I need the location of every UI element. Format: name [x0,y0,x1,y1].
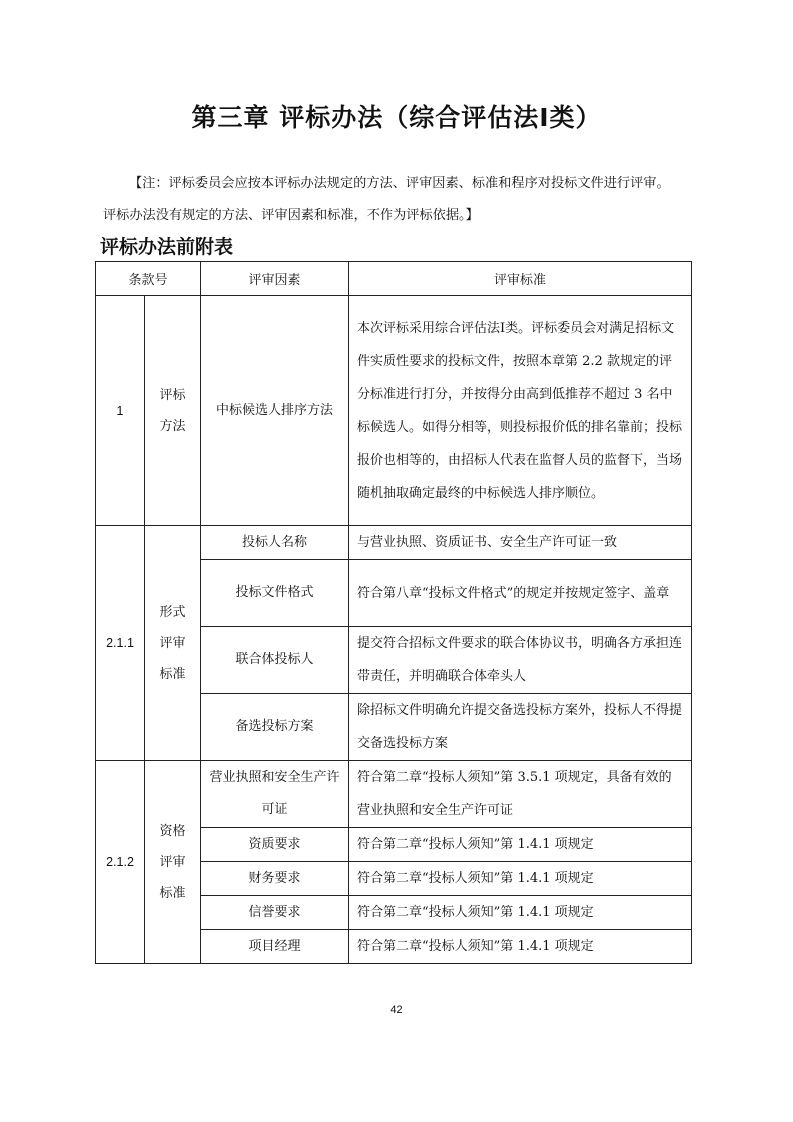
header-standard: 评审标准 [349,262,692,296]
standard-cell: 符合第二章“投标人须知”第 1.4.1 项规定 [349,930,692,964]
standard-cell: 本次评标采用综合评估法Ⅰ类。评标委员会对满足招标文件实质性要求的投标文件，按照本… [349,296,692,526]
category-line: 标准 [160,886,186,901]
table-row: 2.1.1 形式 评审 标准 投标人名称 与营业执照、资质证书、安全生产许可证一… [96,526,692,560]
factor-cell: 投标人名称 [201,526,349,560]
standard-cell: 符合第二章“投标人须知”第 3.5.1 项规定，具备有效的营业执照和安全生产许可… [349,761,692,828]
factor-cell: 联合体投标人 [201,627,349,694]
evaluation-note: 【注：评标委员会应按本评标办法规定的方法、评审因素、标准和程序对投标文件进行评审… [103,168,703,232]
category-line: 标准 [160,667,186,682]
clause-number: 2.1.1 [96,526,145,761]
category-line: 评审 [160,855,186,870]
evaluation-method-table: 条款号 评审因素 评审标准 1 评标 方法 中标候选人排序方法 本次评标采用综合… [95,261,692,964]
category-line: 资格 [160,824,186,839]
factor-cell: 中标候选人排序方法 [201,296,349,526]
factor-cell: 投标文件格式 [201,560,349,627]
category-cell: 评标 方法 [145,296,201,526]
category-cell: 形式 评审 标准 [145,526,201,761]
standard-cell: 符合第二章“投标人须知”第 1.4.1 项规定 [349,862,692,896]
category-line: 评审 [160,636,186,651]
category-line: 形式 [160,605,186,620]
header-clause: 条款号 [96,262,201,296]
factor-cell: 项目经理 [201,930,349,964]
standard-cell: 提交符合招标文件要求的联合体协议书，明确各方承担连带责任，并明确联合体牵头人 [349,627,692,694]
table-row: 2.1.2 资格 评审 标准 营业执照和安全生产许可证 符合第二章“投标人须知”… [96,761,692,828]
category-cell: 资格 评审 标准 [145,761,201,964]
chapter-title: 第三章 评标办法（综合评估法Ⅰ类） [0,98,793,134]
note-line-2: 评标办法没有规定的方法、评审因素和标准，不作为评标依据。】 [103,208,479,223]
clause-number: 2.1.2 [96,761,145,964]
standard-cell: 除招标文件明确允许提交备选投标方案外，投标人不得提交备选投标方案 [349,694,692,761]
page-number: 42 [0,1004,793,1016]
standard-cell: 符合第二章“投标人须知”第 1.4.1 项规定 [349,828,692,862]
factor-cell: 备选投标方案 [201,694,349,761]
table-header-row: 条款号 评审因素 评审标准 [96,262,692,296]
standard-cell: 符合第八章“投标文件格式”的规定并按规定签字、盖章 [349,560,692,627]
factor-cell: 营业执照和安全生产许可证 [201,761,349,828]
table-row: 1 评标 方法 中标候选人排序方法 本次评标采用综合评估法Ⅰ类。评标委员会对满足… [96,296,692,526]
category-line: 评标 [160,388,186,403]
clause-number: 1 [96,296,145,526]
factor-cell: 信誉要求 [201,896,349,930]
factor-cell: 资质要求 [201,828,349,862]
header-factor: 评审因素 [201,262,349,296]
standard-cell: 与营业执照、资质证书、安全生产许可证一致 [349,526,692,560]
standard-cell: 符合第二章“投标人须知”第 1.4.1 项规定 [349,896,692,930]
factor-cell: 财务要求 [201,862,349,896]
category-line: 方法 [160,419,186,434]
section-heading: 评标办法前附表 [100,232,233,259]
note-line-1: 【注：评标委员会应按本评标办法规定的方法、评审因素、标准和程序对投标文件进行评审… [129,176,670,191]
